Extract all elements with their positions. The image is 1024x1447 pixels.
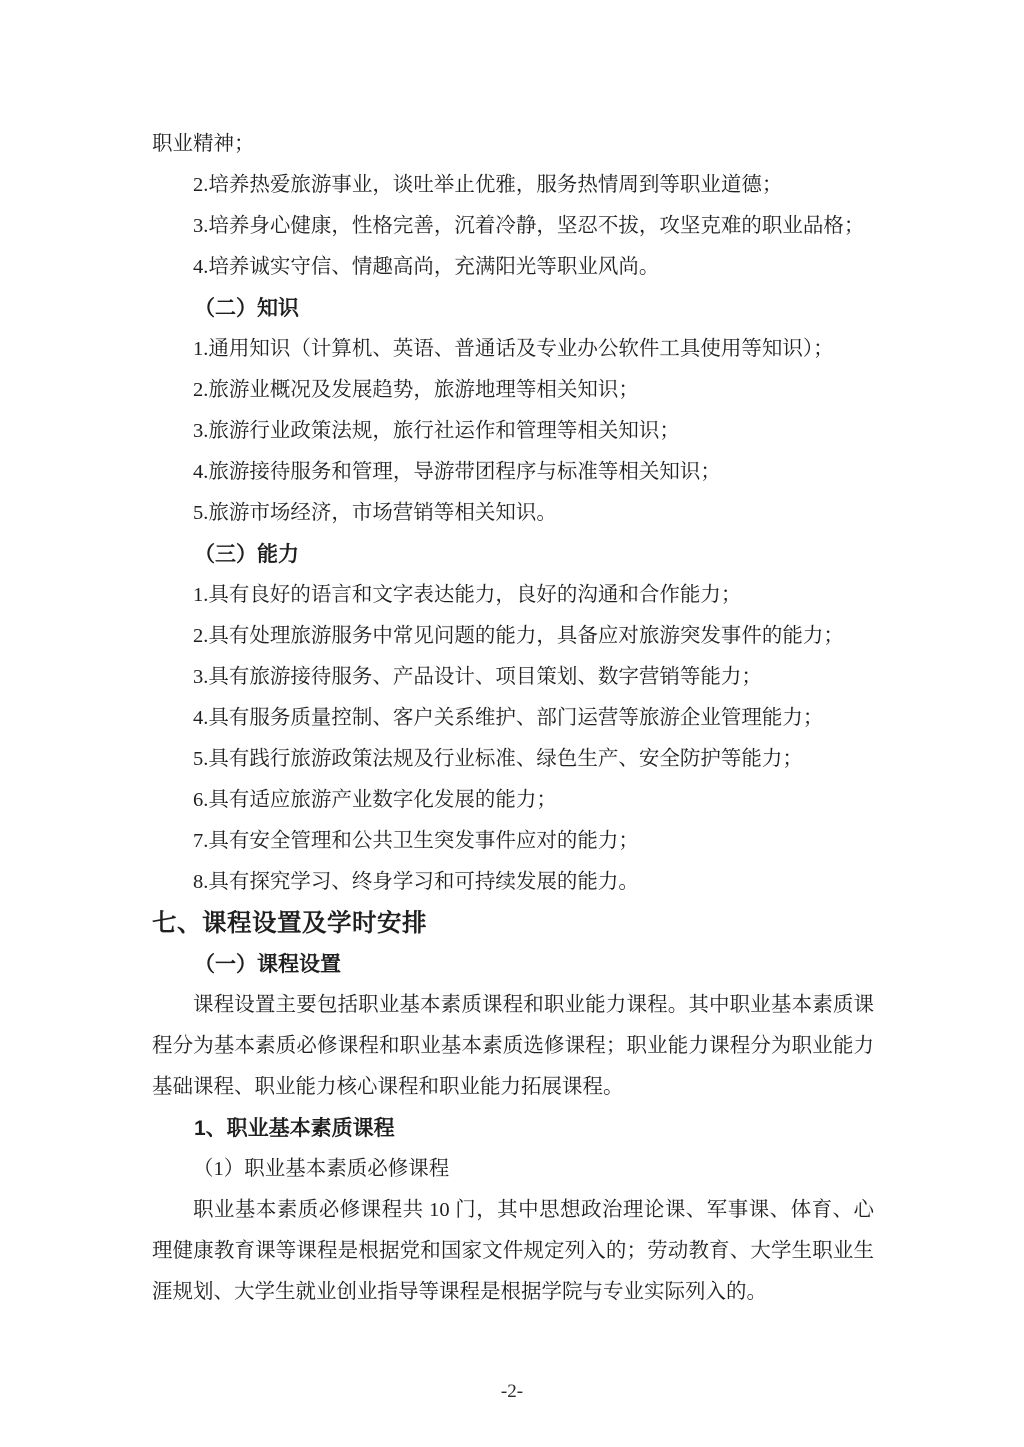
page-number: -2- [0, 1381, 1024, 1403]
list-item: 1.具有良好的语言和文字表达能力，良好的沟通和合作能力； [152, 575, 874, 616]
list-item: 2.旅游业概况及发展趋势，旅游地理等相关知识； [152, 370, 874, 411]
subsection-heading-basic-quality-courses: 1、职业基本素质课程 [152, 1108, 874, 1149]
paragraph: 职业基本素质必修课程共 10 门，其中思想政治理论课、军事课、体育、心理健康教育… [152, 1190, 874, 1313]
section-heading-knowledge: （二）知识 [152, 288, 874, 329]
chapter-heading-curriculum: 七、课程设置及学时安排 [152, 903, 874, 944]
list-item: 4.具有服务质量控制、客户关系维护、部门运营等旅游企业管理能力； [152, 698, 874, 739]
paragraph-continuation: 职业精神； [152, 124, 874, 165]
paragraph: （1）职业基本素质必修课程 [152, 1149, 874, 1190]
text-column: 职业精神； 2.培养热爱旅游事业，谈吐举止优雅，服务热情周到等职业道德； 3.培… [152, 124, 874, 1313]
section-heading-ability: （三）能力 [152, 534, 874, 575]
list-item: 3.旅游行业政策法规，旅行社运作和管理等相关知识； [152, 411, 874, 452]
list-item: 1.通用知识（计算机、英语、普通话及专业办公软件工具使用等知识）； [152, 329, 874, 370]
list-item: 7.具有安全管理和公共卫生突发事件应对的能力； [152, 821, 874, 862]
list-item: 5.旅游市场经济，市场营销等相关知识。 [152, 493, 874, 534]
list-item: 3.具有旅游接待服务、产品设计、项目策划、数字营销等能力； [152, 657, 874, 698]
document-page: 职业精神； 2.培养热爱旅游事业，谈吐举止优雅，服务热情周到等职业道德； 3.培… [0, 0, 1024, 1447]
list-item: 3.培养身心健康，性格完善，沉着冷静，坚忍不拔，攻坚克难的职业品格； [152, 206, 874, 247]
list-item: 8.具有探究学习、终身学习和可持续发展的能力。 [152, 862, 874, 903]
list-item: 2.具有处理旅游服务中常见问题的能力，具备应对旅游突发事件的能力； [152, 616, 874, 657]
list-item: 4.旅游接待服务和管理，导游带团程序与标准等相关知识； [152, 452, 874, 493]
list-item: 5.具有践行旅游政策法规及行业标准、绿色生产、安全防护等能力； [152, 739, 874, 780]
list-item: 4.培养诚实守信、情趣高尚，充满阳光等职业风尚。 [152, 247, 874, 288]
section-heading-curriculum-setup: （一）课程设置 [152, 944, 874, 985]
list-item: 6.具有适应旅游产业数字化发展的能力； [152, 780, 874, 821]
paragraph: 课程设置主要包括职业基本素质课程和职业能力课程。其中职业基本素质课程分为基本素质… [152, 985, 874, 1108]
list-item: 2.培养热爱旅游事业，谈吐举止优雅，服务热情周到等职业道德； [152, 165, 874, 206]
